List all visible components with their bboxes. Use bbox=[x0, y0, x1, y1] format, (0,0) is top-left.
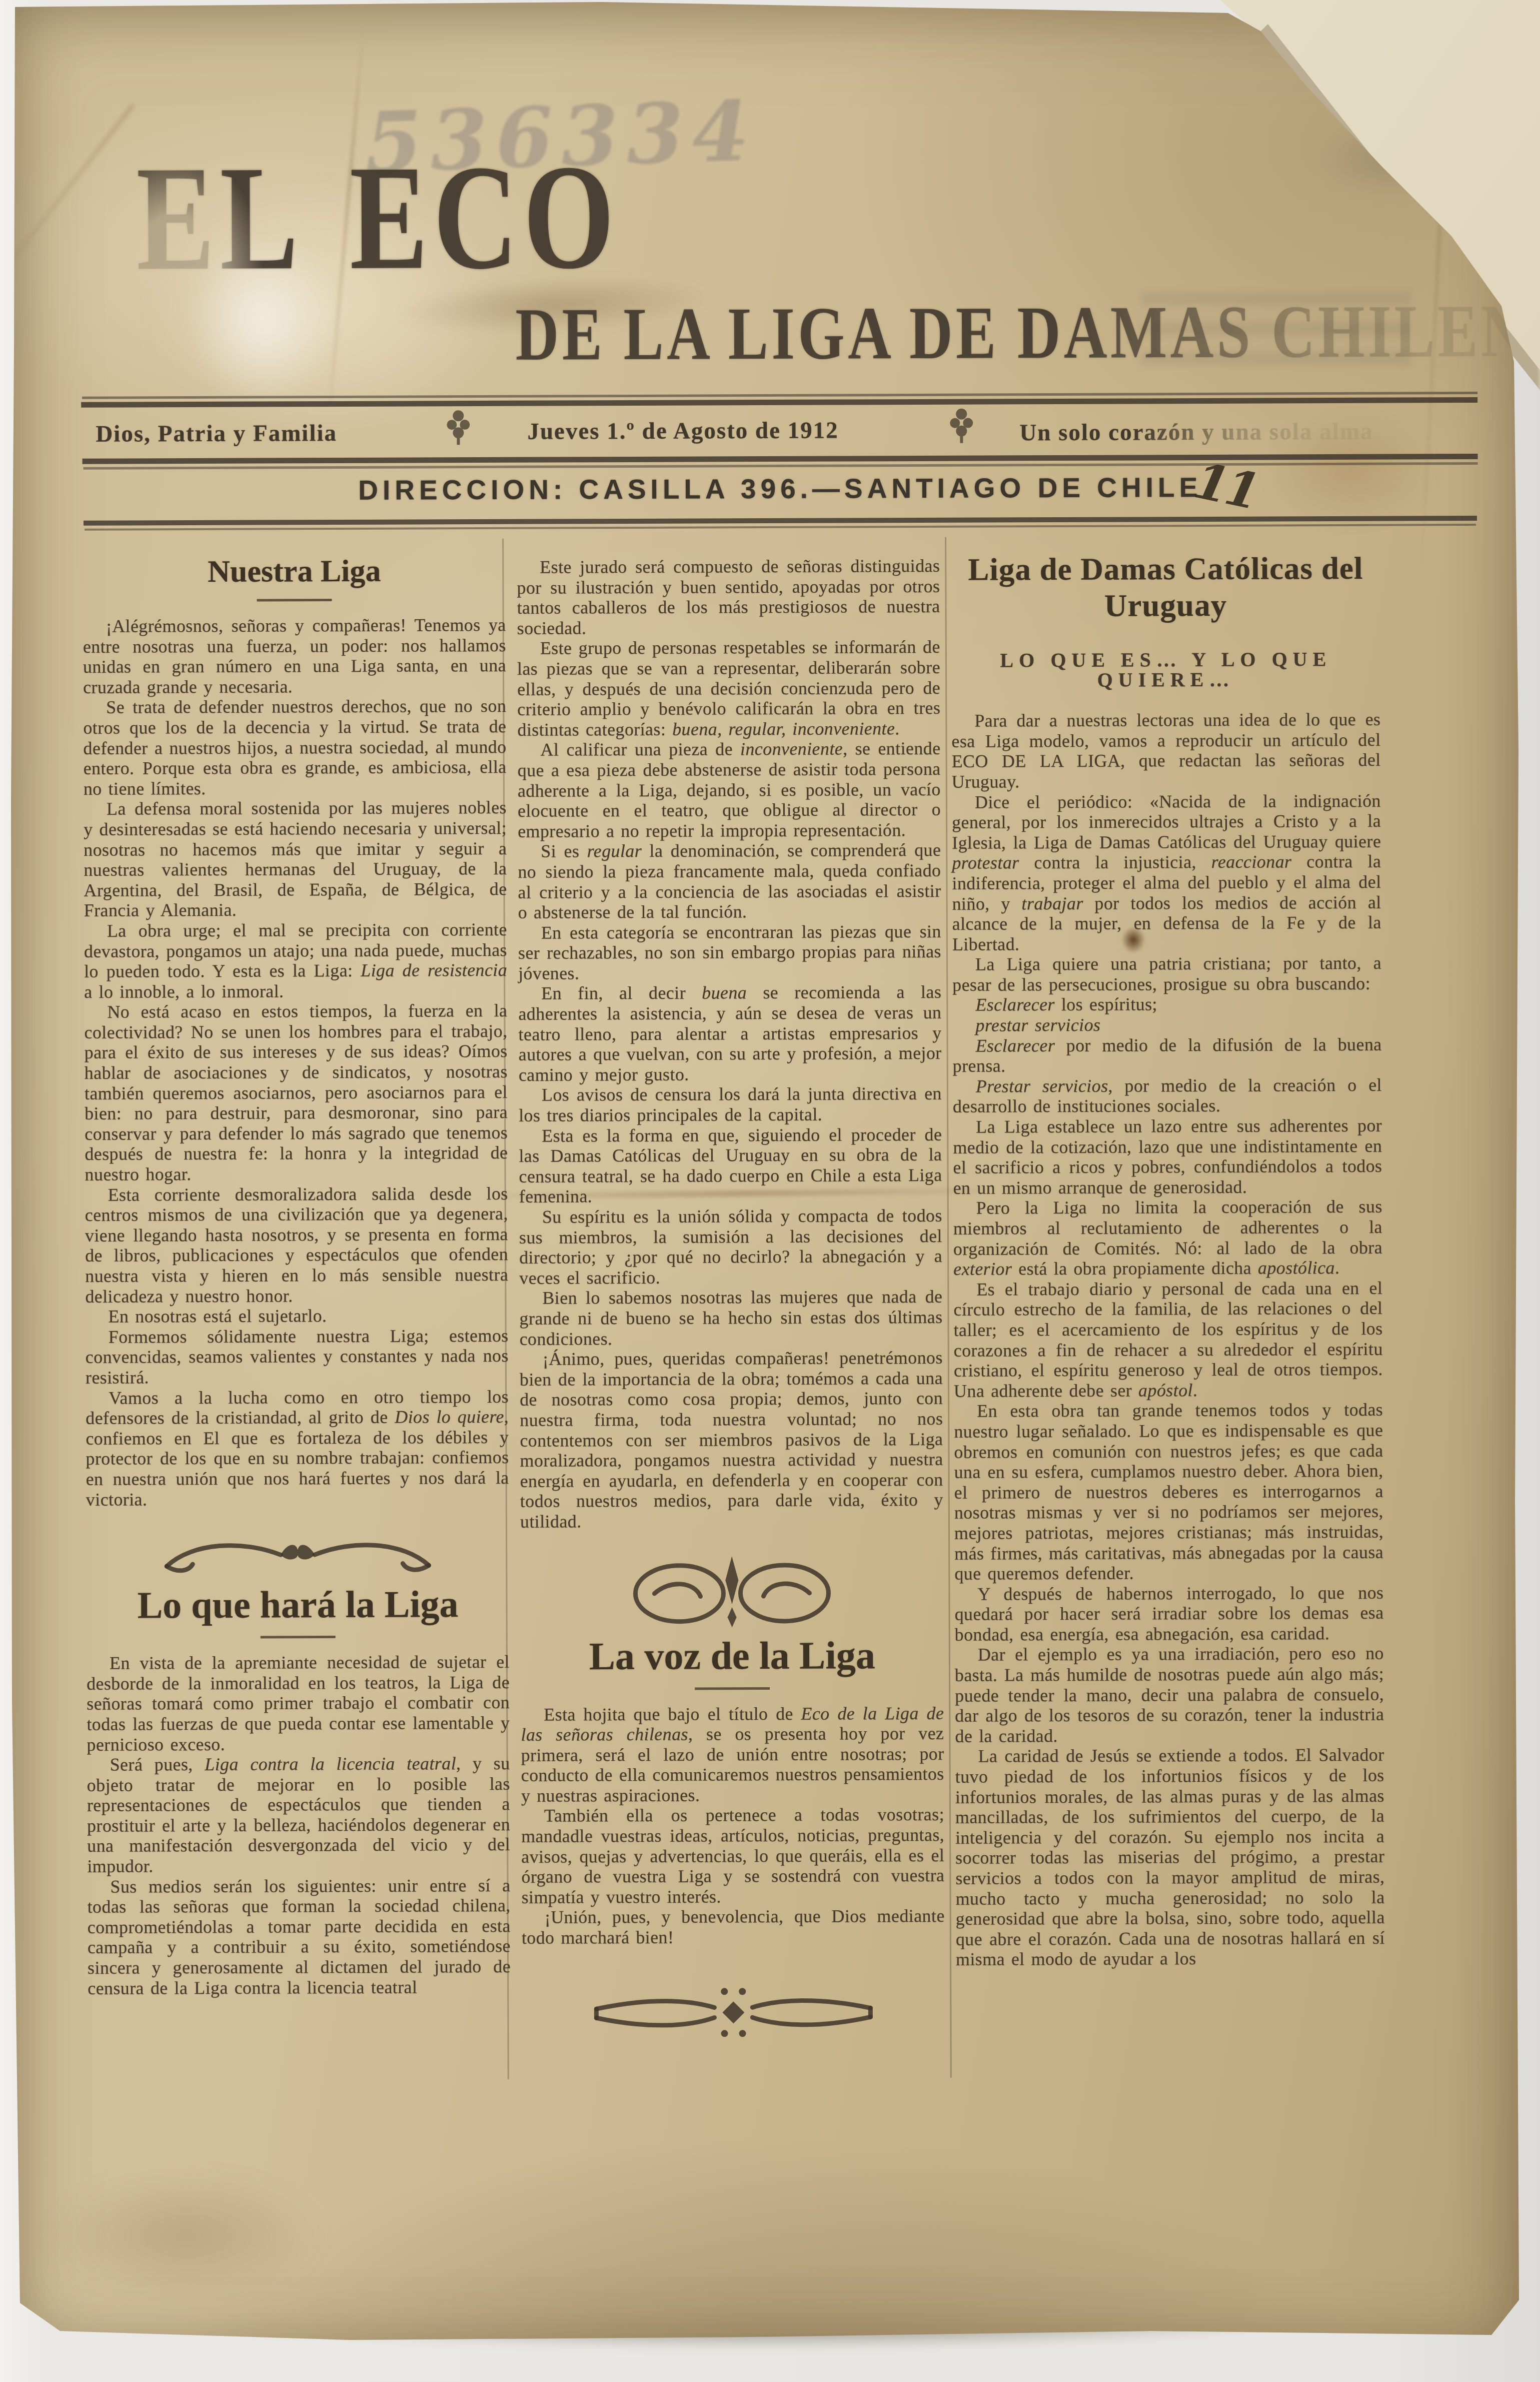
fleuron-icon bbox=[444, 409, 472, 446]
title-rule bbox=[257, 599, 332, 602]
paragraph: Esta hojita que bajo el título de Eco de… bbox=[521, 1703, 944, 1806]
masthead-title: EL ECO bbox=[136, 142, 620, 293]
paragraph: Se trata de defender nuestros derechos, … bbox=[83, 696, 507, 799]
article-title-nuestra-liga: Nuestra Liga bbox=[83, 555, 506, 588]
article-body: Para dar a nuestras lectoras una idea de… bbox=[951, 709, 1385, 1970]
title-rule bbox=[261, 1636, 336, 1639]
paragraph: Su espíritu es la unión sólida y compact… bbox=[519, 1206, 943, 1288]
newspaper-sheet: 536334 EL ECO DE LA LIGA DE DAMAS CHILEN… bbox=[0, 0, 1540, 2382]
article-subheading: LO QUE ES… Y LO QUE QUIERE… bbox=[951, 649, 1380, 691]
paragraph: Formemos sólidamente nuestra Liga; estem… bbox=[86, 1326, 509, 1388]
paragraph: En nosotras está el sujetarlo. bbox=[85, 1305, 508, 1327]
article-title-lo-que-hara: Lo que hará la Liga bbox=[86, 1585, 509, 1625]
motto-left: Dios, Patria y Familia bbox=[96, 421, 337, 447]
title-rule bbox=[695, 1687, 770, 1690]
paragraph: Esta corriente desmoralizadora salida de… bbox=[85, 1183, 509, 1307]
voice-ornament-icon bbox=[624, 1551, 840, 1632]
ink-page-number: 11 bbox=[1189, 452, 1262, 521]
rule bbox=[81, 397, 1477, 408]
paragraph: Será pues, Liga contra la licencia teatr… bbox=[87, 1753, 511, 1877]
paragraph: Al calificar una pieza de inconveniente,… bbox=[518, 738, 941, 841]
paragraph: Si es regular la denominación, se compre… bbox=[518, 840, 941, 922]
motto-right: Un solo corazón y una sola alma bbox=[1019, 419, 1373, 446]
printed-area: 536334 EL ECO DE LA LIGA DE DAMAS CHILEN… bbox=[0, 0, 1540, 2382]
article-body: En vista de la apremiante necesidad de s… bbox=[87, 1652, 511, 1998]
paragraph: La obra urge; el mal se precipita con co… bbox=[84, 919, 508, 1002]
fleuron-icon bbox=[947, 407, 975, 444]
paragraph: No está acaso en estos tiempos, la fuerz… bbox=[84, 1000, 508, 1184]
section-flourish-icon bbox=[158, 1528, 438, 1581]
paragraph: Sus medios serán los siguientes: unir en… bbox=[87, 1875, 511, 1998]
paragraph: ¡Alégrémosnos, señoras y compañeras! Ten… bbox=[83, 615, 507, 697]
paragraph: Esclarecer los espíritus; bbox=[952, 993, 1381, 1015]
paragraph: La caridad de Jesús se extiende a todos.… bbox=[955, 1745, 1385, 1970]
paragraph: La Liga quiere una patria cristiana; por… bbox=[952, 953, 1381, 995]
direction-line: DIRECCION: CASILLA 396.—SANTIAGO DE CHIL… bbox=[84, 473, 1477, 505]
paragraph: En esta obra tan grande tenemos todos y … bbox=[954, 1400, 1383, 1584]
paragraph: Este jurado será compuesto de señoras di… bbox=[517, 556, 940, 638]
paragraph: Esta es la forma en que, siguiendo el pr… bbox=[519, 1124, 942, 1207]
scanned-newspaper-page: { "document_type": "historical newspaper… bbox=[0, 0, 1540, 2382]
paragraph: En esta categoría se encontraran las pie… bbox=[518, 921, 941, 983]
paragraph: Dice el periódico: «Nacida de la indigna… bbox=[952, 790, 1381, 954]
column-2: Este jurado será compuesto de señoras di… bbox=[517, 545, 945, 2046]
paragraph: La defensa moral sostenida por las mujer… bbox=[84, 797, 507, 921]
end-ornament-icon bbox=[588, 1982, 878, 2043]
paragraph: prestar servicios bbox=[952, 1014, 1381, 1036]
paragraph: Pero la Liga no limita la cooperación de… bbox=[953, 1197, 1383, 1279]
article-title-damas-uruguay: Liga de Damas Católicas del Uruguay bbox=[951, 550, 1380, 625]
paragraph: Bien lo sabemos nosotras las mujeres que… bbox=[519, 1287, 942, 1349]
paragraph: Esclarecer por medio de la difusión de l… bbox=[953, 1034, 1382, 1076]
paragraph: En fin, al decir buena se recomienda a l… bbox=[518, 982, 942, 1085]
column-1: Nuestra Liga ¡Alégrémosnos, señoras y co… bbox=[83, 546, 511, 1998]
paragraph: La Liga establece un lazo entre sus adhe… bbox=[953, 1115, 1382, 1198]
masthead-subtitle: DE LA LIGA DE DAMAS CHILENAS bbox=[515, 293, 1540, 372]
paragraph: Vamos a la lucha como en otro tiempo los… bbox=[86, 1386, 509, 1510]
paragraph: Prestar servicios, por medio de la creac… bbox=[953, 1075, 1382, 1117]
paragraph: Los avisos de censura los dará la junta … bbox=[519, 1083, 942, 1125]
paragraph: Este grupo de personas respetables se in… bbox=[517, 637, 941, 740]
paragraph: Para dar a nuestras lectoras una idea de… bbox=[951, 709, 1381, 792]
article-body: Este jurado será compuesto de señoras di… bbox=[517, 556, 943, 1532]
article-title-la-voz: La voz de la Liga bbox=[521, 1635, 944, 1676]
paragraph: Es el trabajo diario y personal de cada … bbox=[953, 1278, 1383, 1402]
column-rule bbox=[945, 537, 952, 2078]
paragraph: ¡Unión, pues, y benevolencia, que Dios m… bbox=[522, 1906, 945, 1948]
article-body: ¡Alégrémosnos, señoras y compañeras! Ten… bbox=[83, 615, 509, 1510]
article-body: Esta hojita que bajo el título de Eco de… bbox=[521, 1703, 945, 1948]
issue-date: Jueves 1.º de Agosto de 1912 bbox=[527, 418, 839, 445]
paragraph: ¡Ánimo, pues, queridas compañeras! penet… bbox=[520, 1348, 943, 1532]
paragraph: También ella os pertenece a todas vosotr… bbox=[521, 1804, 945, 1907]
column-3: Liga de Damas Católicas del Uruguay LO Q… bbox=[951, 543, 1385, 1970]
paragraph: Y después de habernos interrogado, lo qu… bbox=[954, 1582, 1383, 1645]
paragraph: Dar el ejemplo es ya una irradiación, pe… bbox=[955, 1643, 1384, 1746]
paragraph: En vista de la apremiante necesidad de s… bbox=[87, 1652, 510, 1755]
